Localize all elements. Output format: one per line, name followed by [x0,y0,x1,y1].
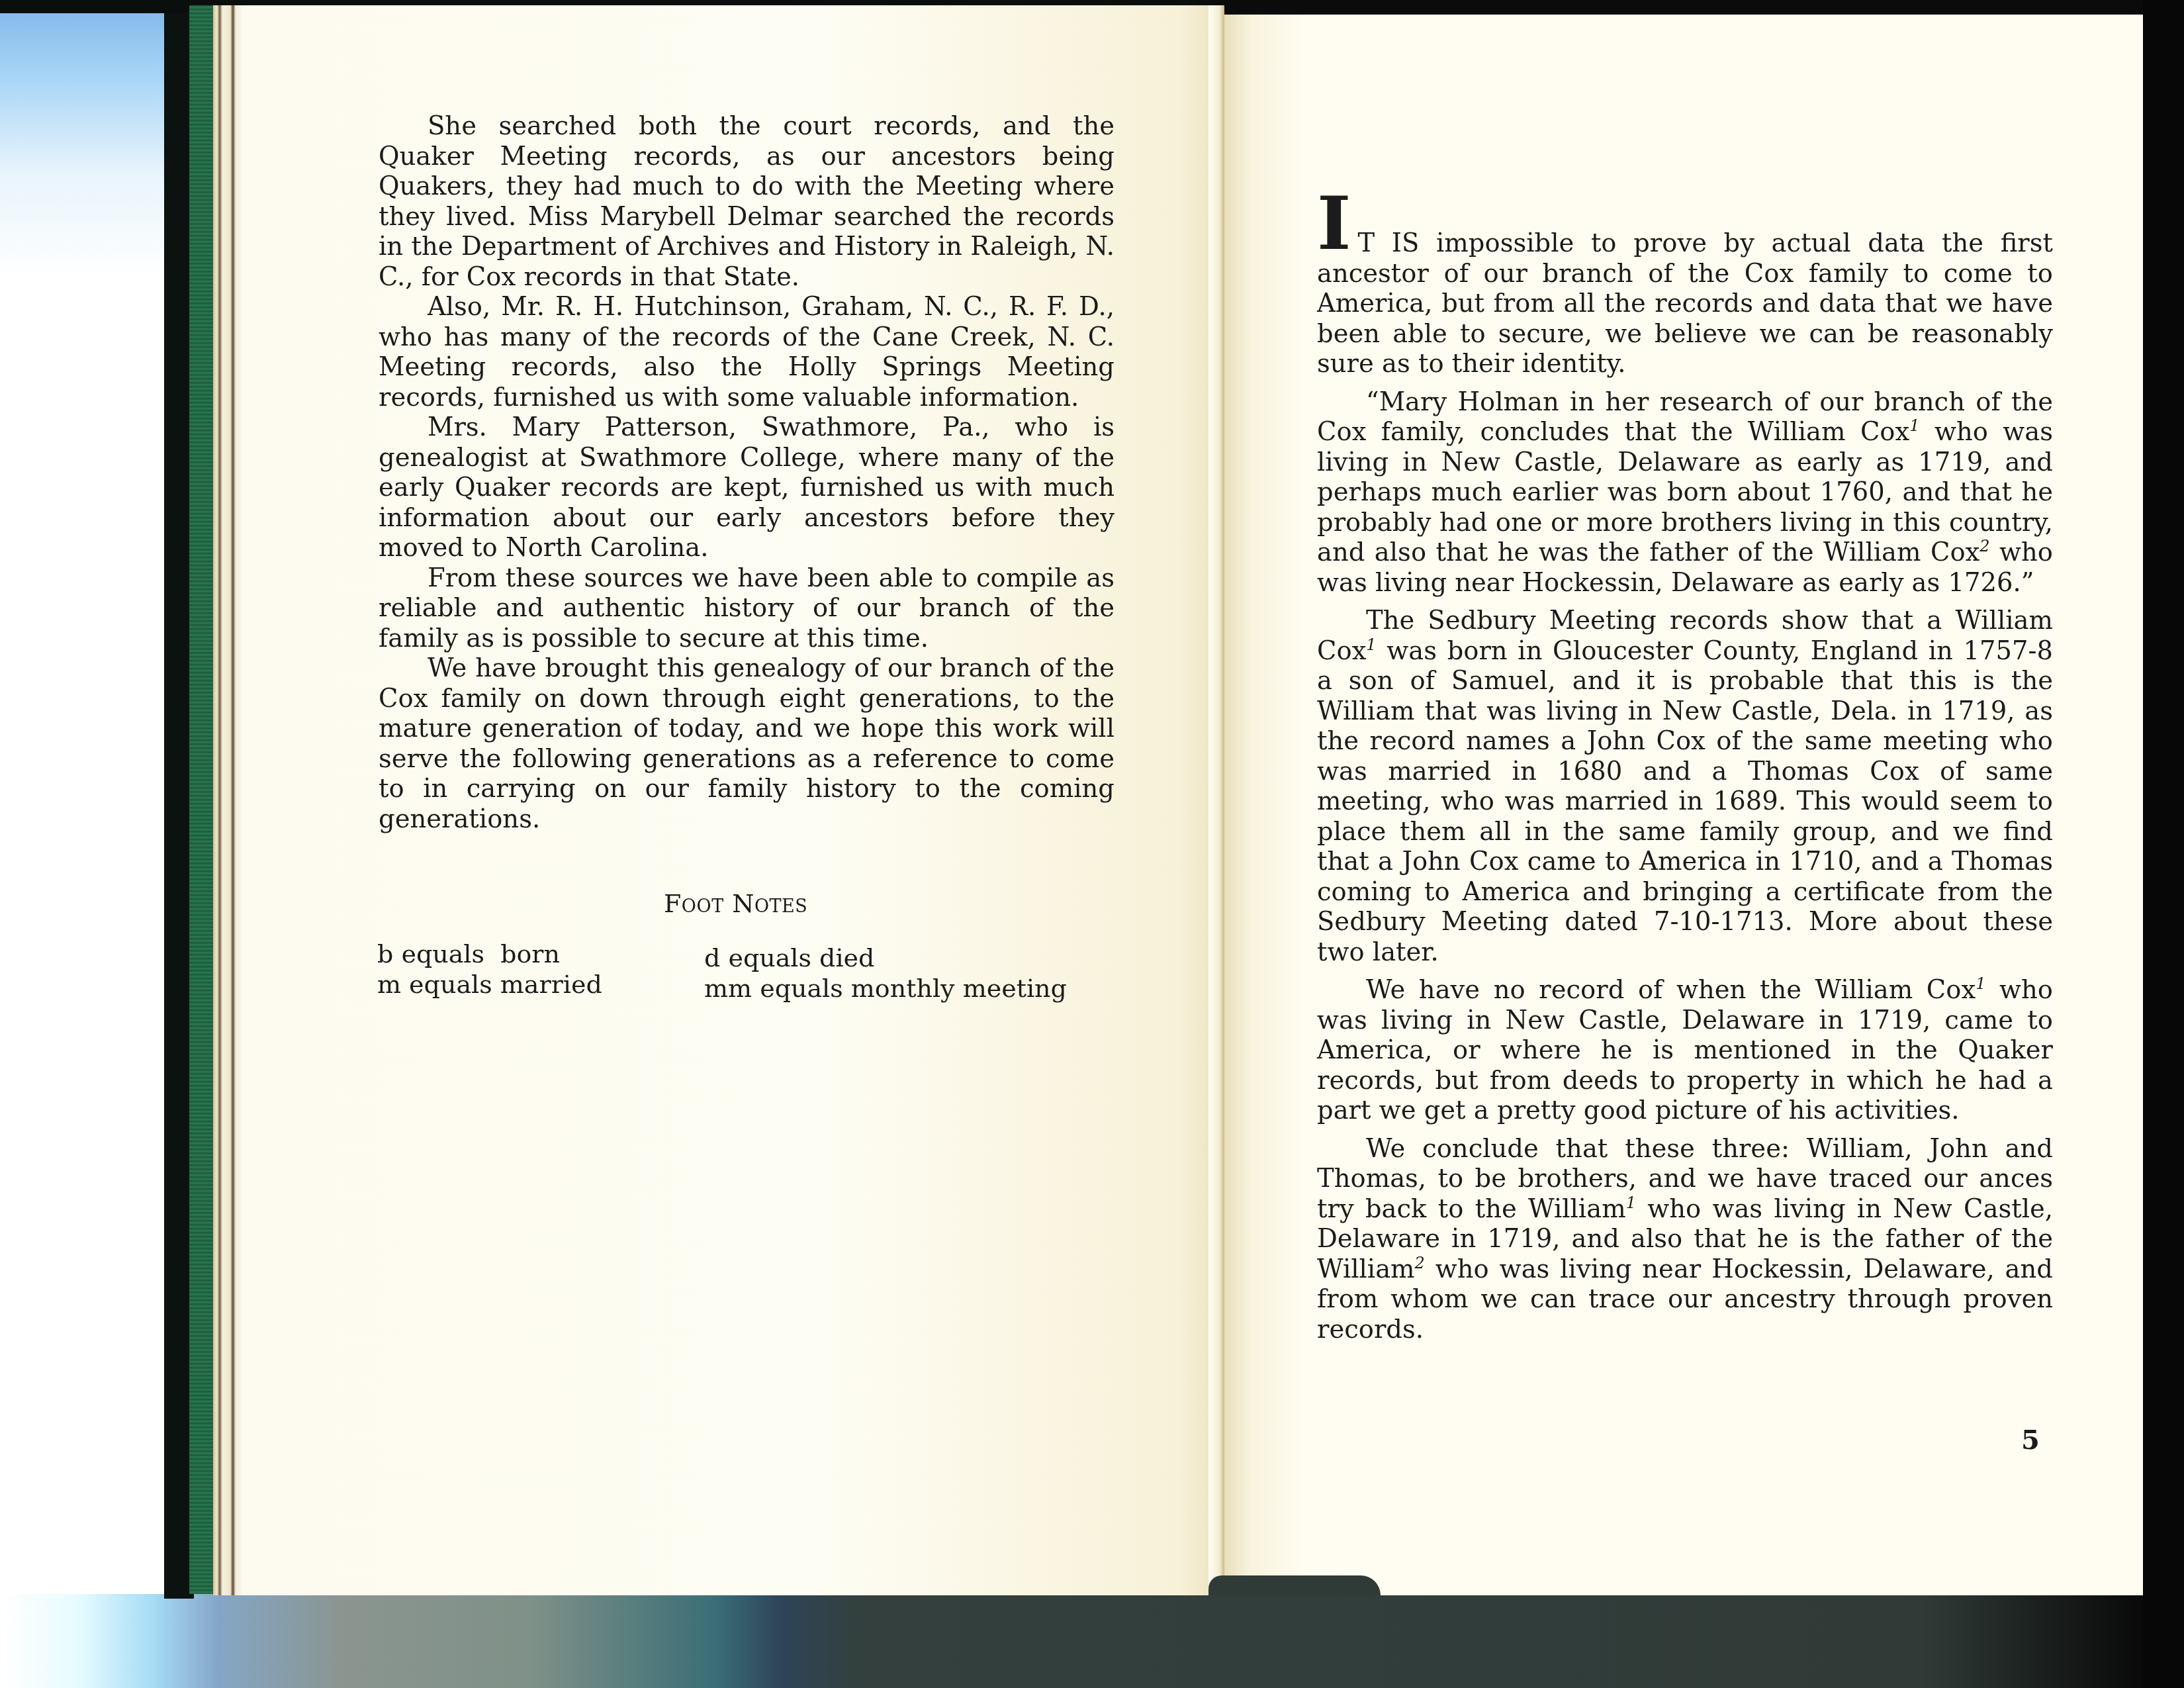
footnotes-heading: Foot Notes [664,889,807,918]
paragraph: From these sources we have been able to … [379,563,1115,654]
scanner-edge-right [2143,0,2184,1688]
scanner-shadow-top [1211,0,2144,15]
scanner-background-bottom [0,1594,2184,1688]
footnote-superscript: 1 [1366,635,1376,654]
book-gutter [1208,5,1224,1595]
text-run: We have no record of when the William Co… [1366,975,1976,1005]
text-run: who was living near Hockessin, Delaware,… [1317,1254,2053,1344]
opening-paragraph: IT IS impossible to prove by actual data… [1317,228,2053,379]
footnote-superscript: 1 [1976,974,1985,993]
left-page-body: She searched both the court records, and… [379,111,1115,834]
book-page-edges [213,5,242,1595]
paragraph: We conclude that these three: William, J… [1317,1134,2053,1345]
footnote-entry: mm equals monthly meeting [704,973,1067,1004]
paragraph: We have brought this genealogy of our br… [379,653,1115,834]
page-bottom-curl [1208,1575,1381,1595]
paragraph: She searched both the court records, and… [379,111,1115,292]
footnote-superscript: 1 [1909,416,1919,435]
footnote-superscript: 1 [1626,1194,1636,1212]
footnote-superscript: 2 [1979,537,1989,555]
paragraph: The Sedbury Meeting records show that a … [1317,606,2053,967]
footnote-entry: m equals married [377,969,602,1000]
paragraph: Mrs. Mary Patterson, Swathmore, Pa., who… [379,412,1115,563]
text-run: was born in Gloucester County, England i… [1317,636,2053,967]
paragraph: “Mary Holman in her research of our bran… [1317,387,2053,598]
footnote-superscript: 2 [1415,1254,1425,1272]
paragraph-text: T IS impossible to prove by actual data … [1317,228,2053,379]
footnotes-column-1: b equals born m equals married [377,939,602,1000]
drop-cap: I [1317,194,1351,254]
footnotes-column-2: d equals died mm equals monthly meeting [704,943,1067,1004]
page-number: 5 [2021,1425,2040,1456]
right-page-body: IT IS impossible to prove by actual data… [1317,228,2053,1352]
footnote-entry: d equals died [704,943,1067,973]
footnote-entry: b equals born [377,939,602,969]
paragraph: We have no record of when the William Co… [1317,975,2053,1126]
book-spine-cloth [189,5,214,1594]
paragraph: Also, Mr. R. H. Hutchinson, Graham, N. C… [379,292,1115,412]
